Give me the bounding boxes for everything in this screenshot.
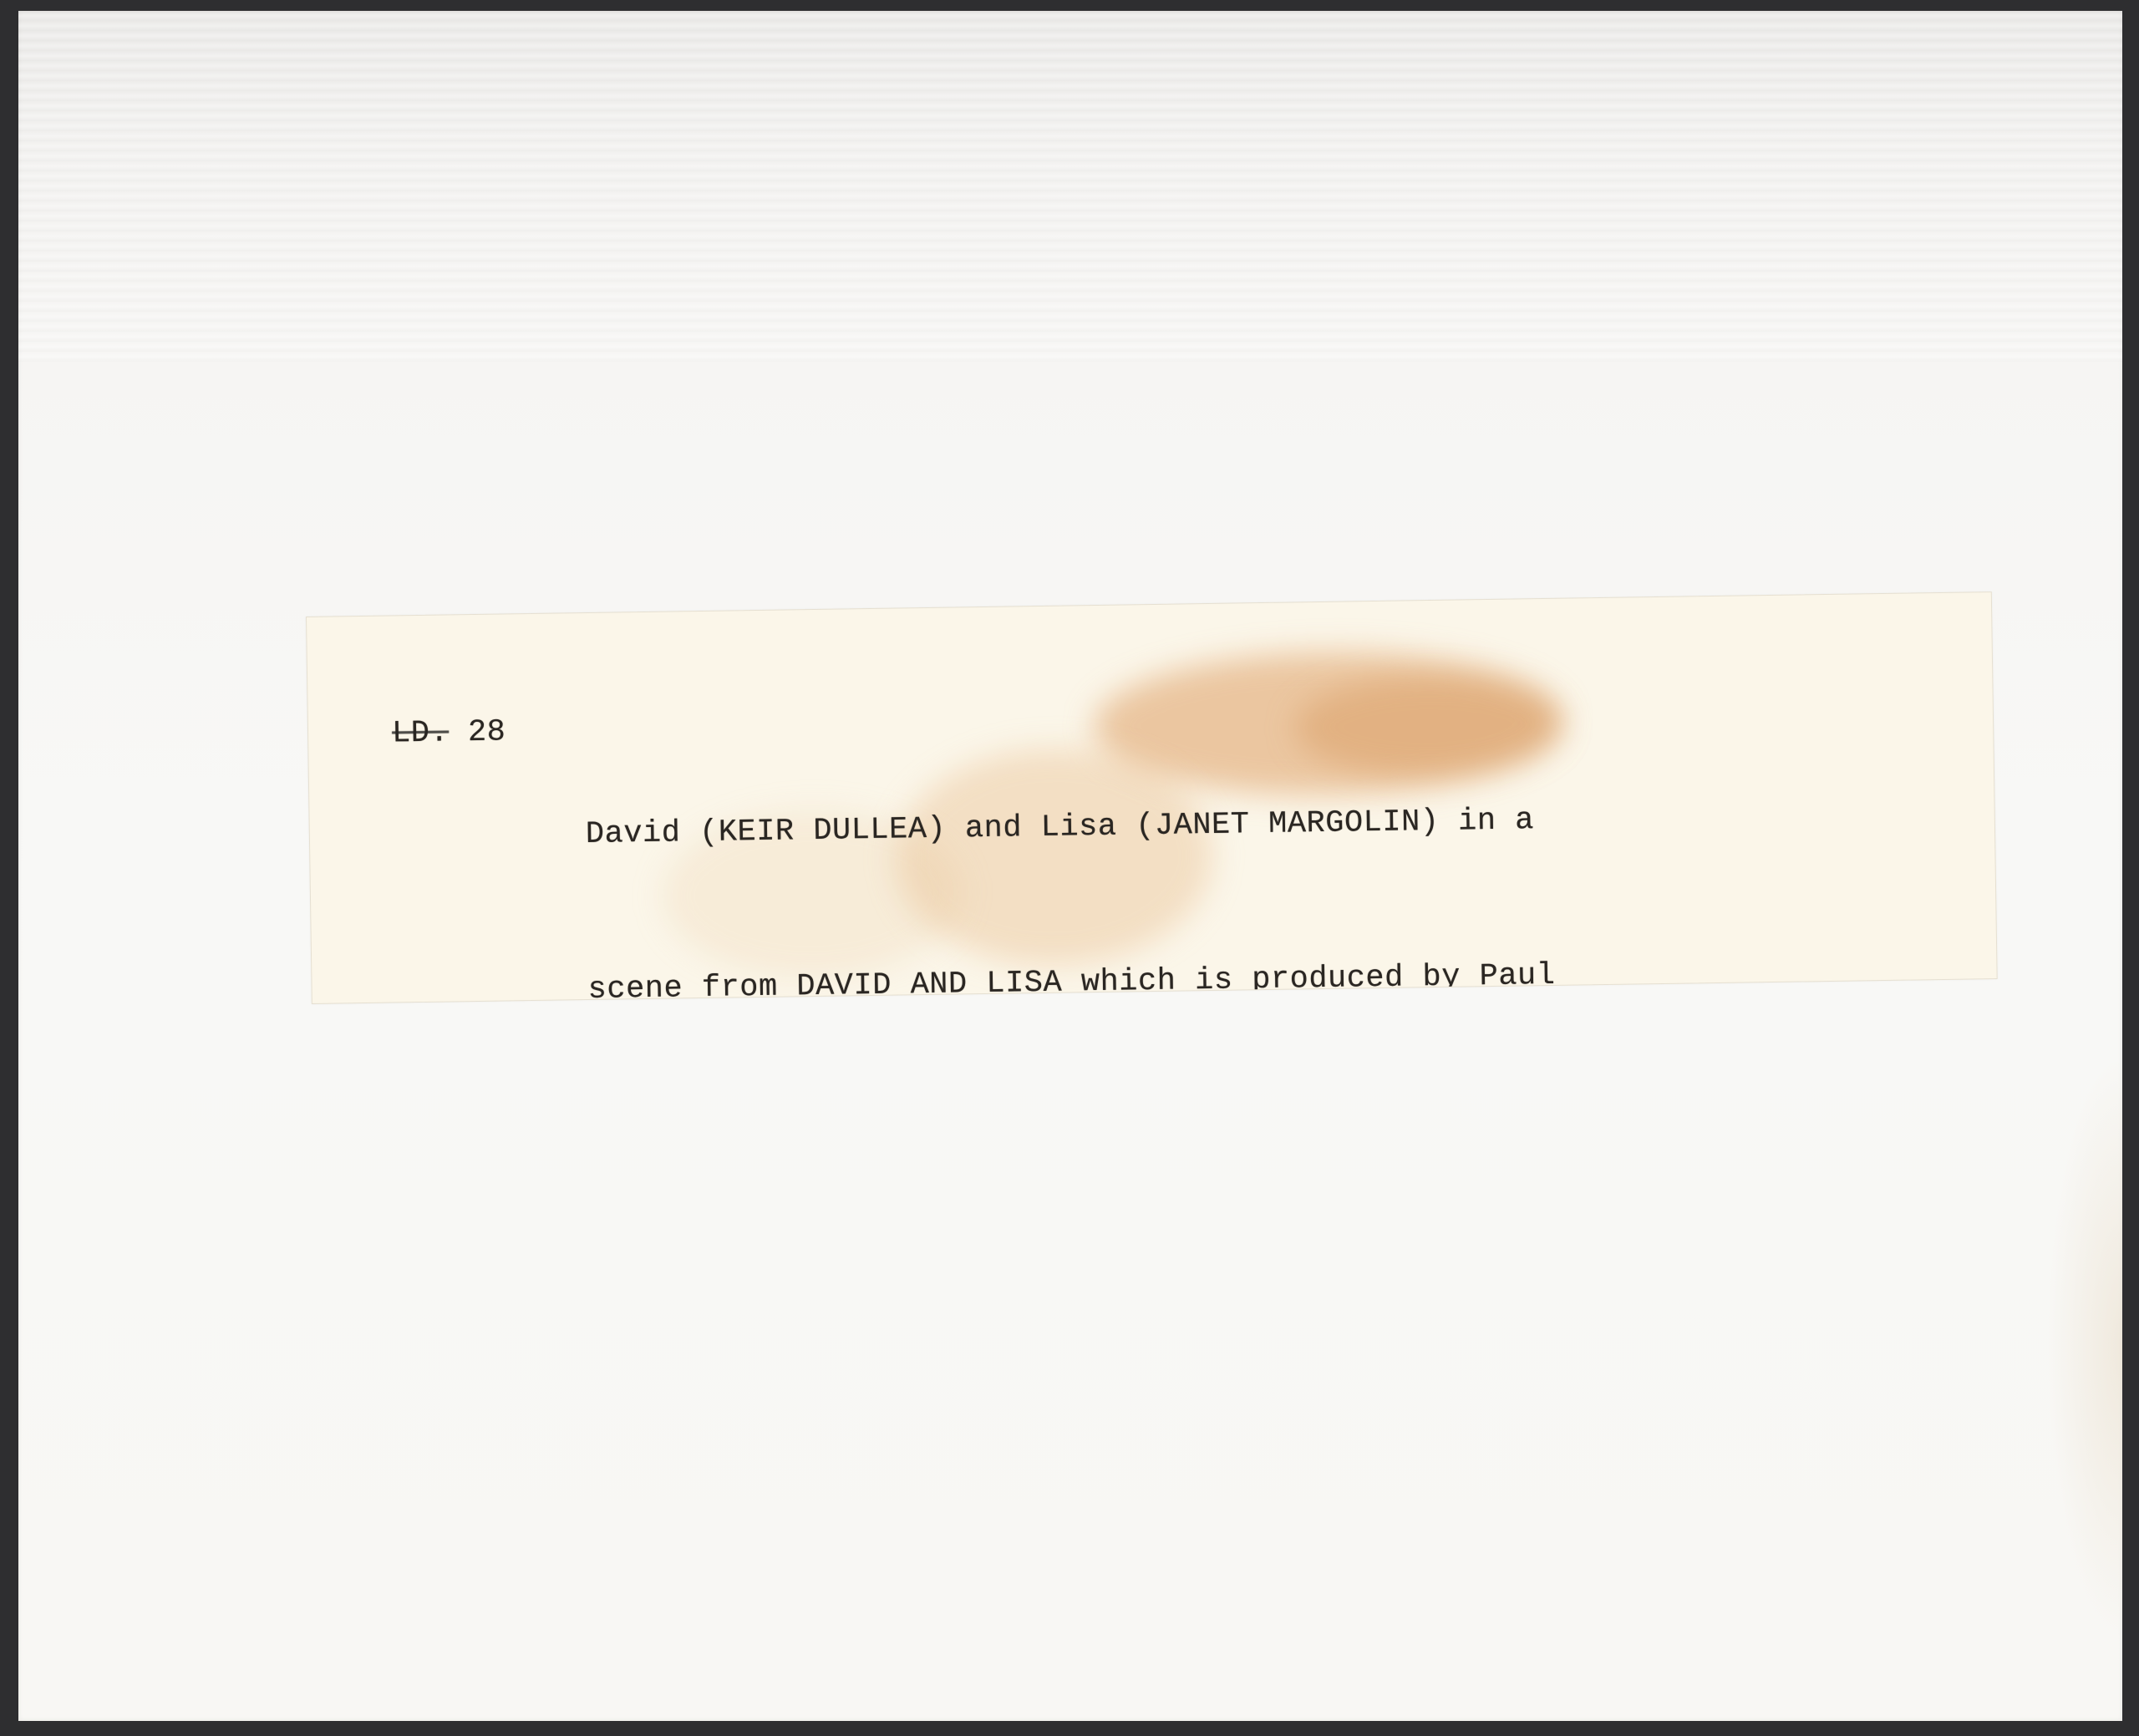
edge-stain — [2047, 1055, 2122, 1640]
reference-digits: 28 — [468, 714, 506, 750]
caption-text: David (KEIR DULLEA) and Lisa (JANET MARG… — [584, 691, 1562, 1004]
photo-back-paper: LD. 28 David (KEIR DULLEA) and Lisa (JAN… — [18, 11, 2122, 1721]
caption-line: scene from DAVID AND LISA which is produ… — [587, 950, 1556, 1004]
caption-line: David (KEIR DULLEA) and Lisa (JANET MARG… — [585, 794, 1553, 860]
reference-number: LD. 28 — [392, 706, 506, 759]
reference-code: LD. — [392, 715, 450, 751]
caption-label: LD. 28 David (KEIR DULLEA) and Lisa (JAN… — [306, 591, 1998, 1004]
